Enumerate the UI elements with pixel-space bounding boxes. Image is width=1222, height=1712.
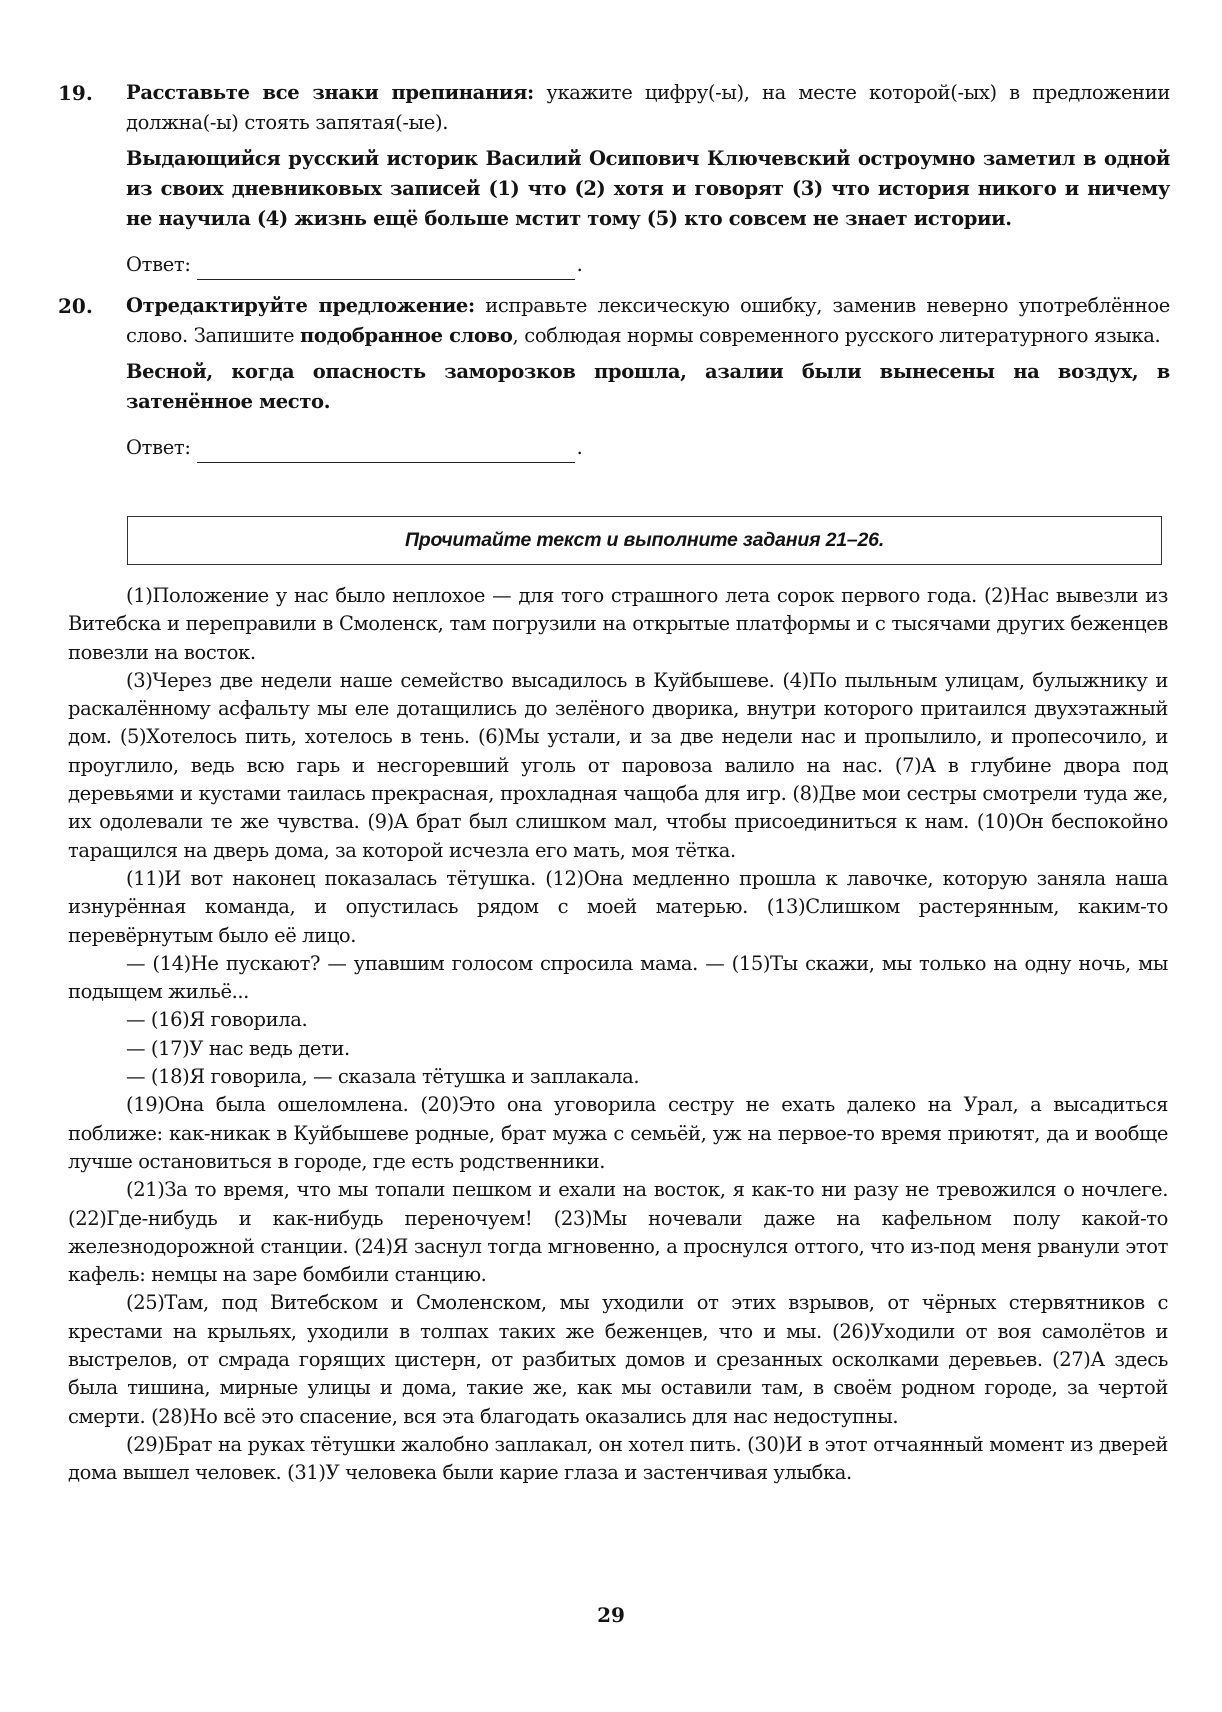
text-paragraph: — (14)Не пускают? — упавшим голосом спро… xyxy=(68,950,1168,1007)
answer-label: Ответ: xyxy=(126,250,191,280)
task-instruction: Отредактируйте предложение: исправьте ле… xyxy=(126,291,1170,351)
page-number: 29 xyxy=(0,1603,1222,1627)
text-paragraph: (21)За то время, что мы топали пешком и … xyxy=(68,1176,1168,1289)
text-paragraph: (25)Там, под Витебском и Смоленском, мы … xyxy=(68,1289,1168,1430)
reading-text: (1)Положение у нас было неплохое — для т… xyxy=(68,582,1168,1488)
text-paragraph: (1)Положение у нас было неплохое — для т… xyxy=(68,582,1168,667)
answer-field[interactable] xyxy=(197,440,575,463)
task-number: 20. xyxy=(58,291,93,321)
answer-row: Ответ: . xyxy=(126,433,1170,463)
answer-row: Ответ: . xyxy=(126,250,1170,280)
text-paragraph: — (18)Я говорила, — сказала тётушка и за… xyxy=(68,1063,1168,1091)
text-paragraph: — (17)У нас ведь дети. xyxy=(68,1035,1168,1063)
text-paragraph: (29)Брат на руках тётушки жалобно заплак… xyxy=(68,1431,1168,1488)
text-paragraph: (11)И вот наконец показалась тётушка. (1… xyxy=(68,865,1168,950)
task-instruction: Расставьте все знаки препинания: укажите… xyxy=(126,78,1170,138)
text-paragraph: (19)Она была ошеломлена. (20)Это она уго… xyxy=(68,1091,1168,1176)
exam-page: 19. Расставьте все знаки препинания: ука… xyxy=(0,0,1222,1712)
answer-label: Ответ: xyxy=(126,433,191,463)
text-paragraph: (3)Через две недели наше семейство высад… xyxy=(68,667,1168,865)
task-sentence: Весной, когда опасность заморозков прошл… xyxy=(126,357,1170,417)
reading-instruction-banner: Прочитайте текст и выполните задания 21–… xyxy=(127,516,1162,565)
text-paragraph: — (16)Я говорила. xyxy=(68,1006,1168,1034)
task-sentence: Выдающийся русский историк Василий Осипо… xyxy=(126,144,1170,234)
task-number: 19. xyxy=(58,78,93,108)
task-20: 20. Отредактируйте предложение: исправьт… xyxy=(58,291,1170,463)
answer-field[interactable] xyxy=(197,257,575,280)
task-19: 19. Расставьте все знаки препинания: ука… xyxy=(58,78,1170,280)
